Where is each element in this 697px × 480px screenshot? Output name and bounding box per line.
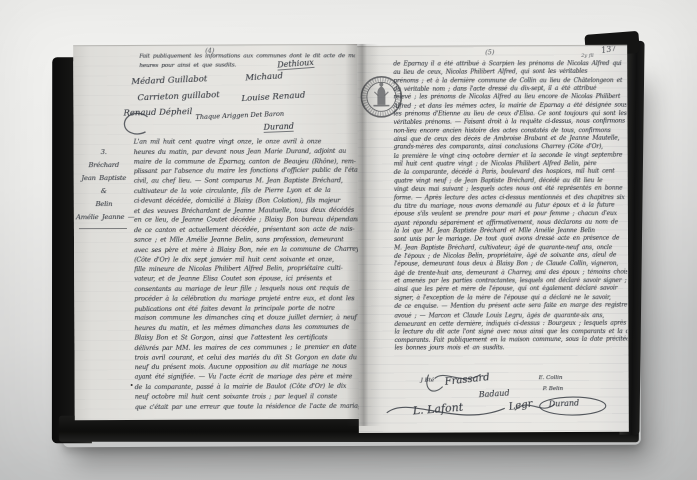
handwriting-line: épouse s'ils veulent se prendre pour mar…: [394, 210, 627, 219]
margin-note-line: Amélie Jeanne —: [76, 211, 132, 224]
handwriting-line: sont unis par le mariage. De tout quoi a…: [394, 235, 627, 245]
margin-note-line: &: [76, 185, 132, 198]
handwriting-line: sance ; et Mlle Amélie Jeanne Belin, san…: [134, 235, 358, 245]
margin-note-line: Jean Baptiste: [76, 172, 132, 185]
margin-note-line: Bréchard: [76, 159, 132, 172]
handwriting-line: neuf octobre mil huit cent soixante troi…: [135, 392, 359, 402]
signature: J Bté: [421, 378, 434, 384]
handwriting-line: ci-devant décédée, domicilié à Blaisy (B…: [134, 196, 358, 206]
signature: Louise Renaud: [241, 91, 305, 105]
corner-annotation: 2y fll: [581, 53, 594, 59]
act-body-text: L'an mil huit cent quatre vingt onze, le…: [134, 137, 359, 412]
handwriting-line: de ce enquise. — Mention du présent acte…: [394, 302, 627, 312]
signature: Michaud: [245, 71, 283, 83]
margin-act-note: 3.BréchardJean Baptiste&BelinAmélie Jean…: [76, 146, 132, 224]
signature: Durand: [549, 398, 580, 408]
signature: Médard Guillabot: [131, 74, 207, 87]
signature: P. Belin: [543, 386, 563, 392]
signature: E. Collin: [539, 375, 563, 381]
handwriting-line: cultivateur de la voie circulante, fils …: [134, 186, 358, 197]
handwriting-line: l'épouse, demeurant tous deux à Blaisy B…: [394, 260, 627, 269]
handwriting-line: Blaisy Bon et St Gorgon, ainsi que l'att…: [134, 333, 358, 343]
handwriting-line: consentants au mariage de leur fille ; l…: [134, 284, 358, 295]
open-register-book: (4) Fait publiquement les informations a…: [51, 27, 645, 450]
margin-note-line: Belin: [76, 198, 132, 211]
act-opening-flourish-icon: [121, 112, 151, 136]
handwriting-line: que c'était par une erreur que toute la …: [135, 401, 359, 412]
signature: Thaque Ariggen Det Baron: [195, 110, 284, 121]
handwriting-line: avec ses père et mère à Blaisy Bon, née …: [134, 245, 358, 256]
left-page: (4) Fait publiquement les informations a…: [73, 44, 359, 420]
signature: Badaud: [478, 388, 509, 399]
signature: Carrieton guillabot: [137, 90, 220, 103]
handwriting-line: de la comparante, passé à la mairie de B…: [135, 382, 359, 393]
folio-number: 137: [601, 45, 618, 55]
act-body-text: de Éparnay il a été attribué à Scarpien …: [393, 60, 627, 311]
handwriting-line: les bonnes jours mois et an susdits.: [394, 344, 627, 353]
register-photo: (4) Fait publiquement les informations a…: [0, 0, 697, 480]
ink-speck: [131, 384, 133, 386]
handwriting-line: heures pour ainsi et que susdits.: [139, 61, 355, 71]
handwriting-line: procéder à la célébration du mariage pro…: [134, 294, 358, 304]
handwriting-line: L'an mil huit cent quatre vingt onze, le…: [134, 137, 358, 147]
previous-act-closing-lines: Fait publiquement les informations aux c…: [139, 52, 355, 71]
right-page-number: (5): [485, 48, 494, 56]
handwriting-line: heures du matin, par devant nous Jean Ma…: [134, 147, 358, 158]
signature: Durand: [263, 122, 294, 133]
margin-note-line: 3.: [76, 146, 132, 159]
act-closing-text: avoué ; — Marcon et Claude Louis Legru, …: [394, 312, 627, 353]
handwriting-line: vingt deux mai suivant ; lesquels actes …: [394, 185, 627, 195]
book-gutter-fold: [345, 44, 381, 426]
margin-note-divider: [79, 228, 127, 229]
right-page: (5) 137 2y fll de Éparnay il a été attri…: [357, 45, 629, 433]
handwriting-line: délivrés par MM. les maires de ces commu…: [134, 342, 358, 353]
